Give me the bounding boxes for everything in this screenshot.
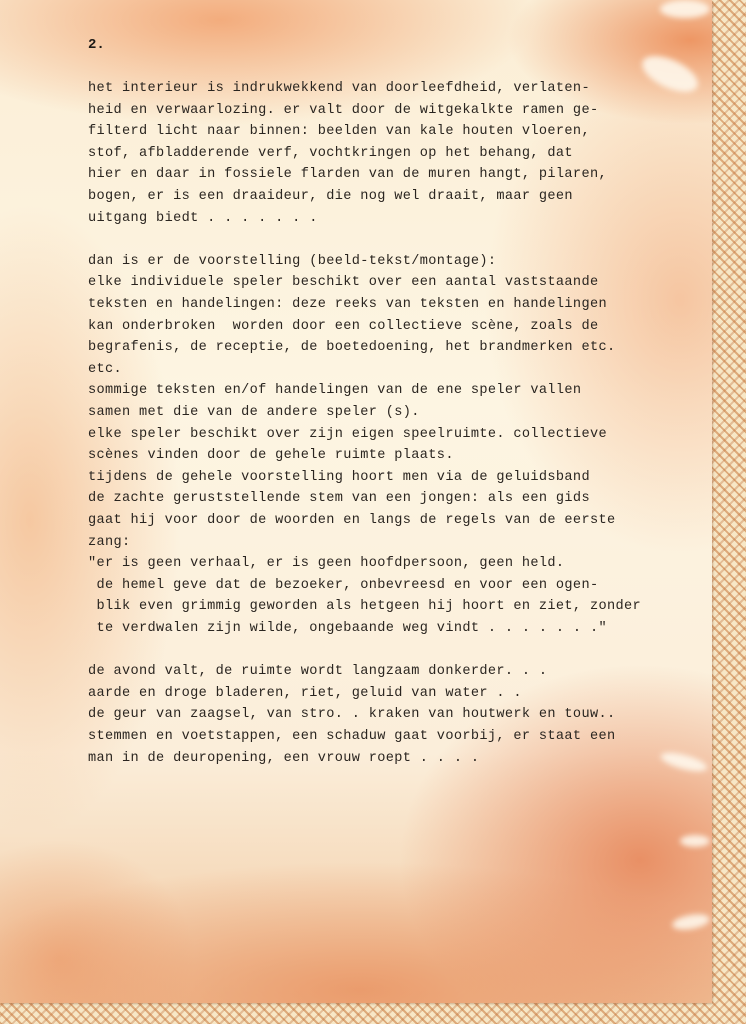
text-line: hier en daar in fossiele flarden van de … — [88, 165, 607, 185]
paper-light-patch — [671, 912, 711, 932]
text-line: te verdwalen zijn wilde, ongebaande weg … — [88, 619, 607, 639]
text-line: begrafenis, de receptie, de boetedoening… — [88, 338, 615, 358]
typewritten-page: 2. het interieur is indrukwekkend van do… — [0, 0, 712, 1003]
text-line: etc. — [88, 360, 122, 380]
text-line: elke individuele speler beschikt over ee… — [88, 273, 598, 293]
paper-light-patch — [659, 749, 709, 775]
text-line: de hemel geve dat de bezoeker, onbevrees… — [88, 576, 598, 596]
text-line: blik even grimmig geworden als hetgeen h… — [88, 597, 641, 617]
text-line: teksten en handelingen: deze reeks van t… — [88, 295, 607, 315]
text-line: filterd licht naar binnen: beelden van k… — [88, 122, 590, 142]
text-line: uitgang biedt . . . . . . . — [88, 209, 318, 229]
text-line: heid en verwaarlozing. er valt door de w… — [88, 101, 598, 121]
paper-light-patch — [680, 835, 710, 847]
text-line: de avond valt, de ruimte wordt langzaam … — [88, 662, 547, 682]
text-line: stof, afbladderende verf, vochtkringen o… — [88, 144, 573, 164]
text-line: "er is geen verhaal, er is geen hoofdper… — [88, 554, 564, 574]
text-line: elke speler beschikt over zijn eigen spe… — [88, 425, 607, 445]
text-line: de geur van zaagsel, van stro. . kraken … — [88, 705, 615, 725]
text-line: aarde en droge bladeren, riet, geluid va… — [88, 684, 522, 704]
page-number: 2. — [88, 37, 105, 53]
text-line: scènes vinden door de gehele ruimte plaa… — [88, 446, 454, 466]
text-line: samen met die van de andere speler (s). — [88, 403, 420, 423]
text-line: bogen, er is een draaideur, die nog wel … — [88, 187, 573, 207]
text-line: stemmen en voetstappen, een schaduw gaat… — [88, 727, 615, 747]
text-line: zang: — [88, 533, 131, 553]
text-line: de zachte geruststellende stem van een j… — [88, 489, 590, 509]
text-line: man in de deuropening, een vrouw roept .… — [88, 749, 479, 769]
text-line: gaat hij voor door de woorden en langs d… — [88, 511, 615, 531]
text-line: tijdens de gehele voorstelling hoort men… — [88, 468, 590, 488]
text-line: kan onderbroken worden door een collecti… — [88, 317, 598, 337]
text-line: dan is er de voorstelling (beeld-tekst/m… — [88, 252, 496, 272]
text-line: sommige teksten en/of handelingen van de… — [88, 381, 581, 401]
paper-light-patch — [660, 0, 710, 18]
text-line: het interieur is indrukwekkend van doorl… — [88, 79, 590, 99]
paper-light-patch — [637, 49, 703, 100]
